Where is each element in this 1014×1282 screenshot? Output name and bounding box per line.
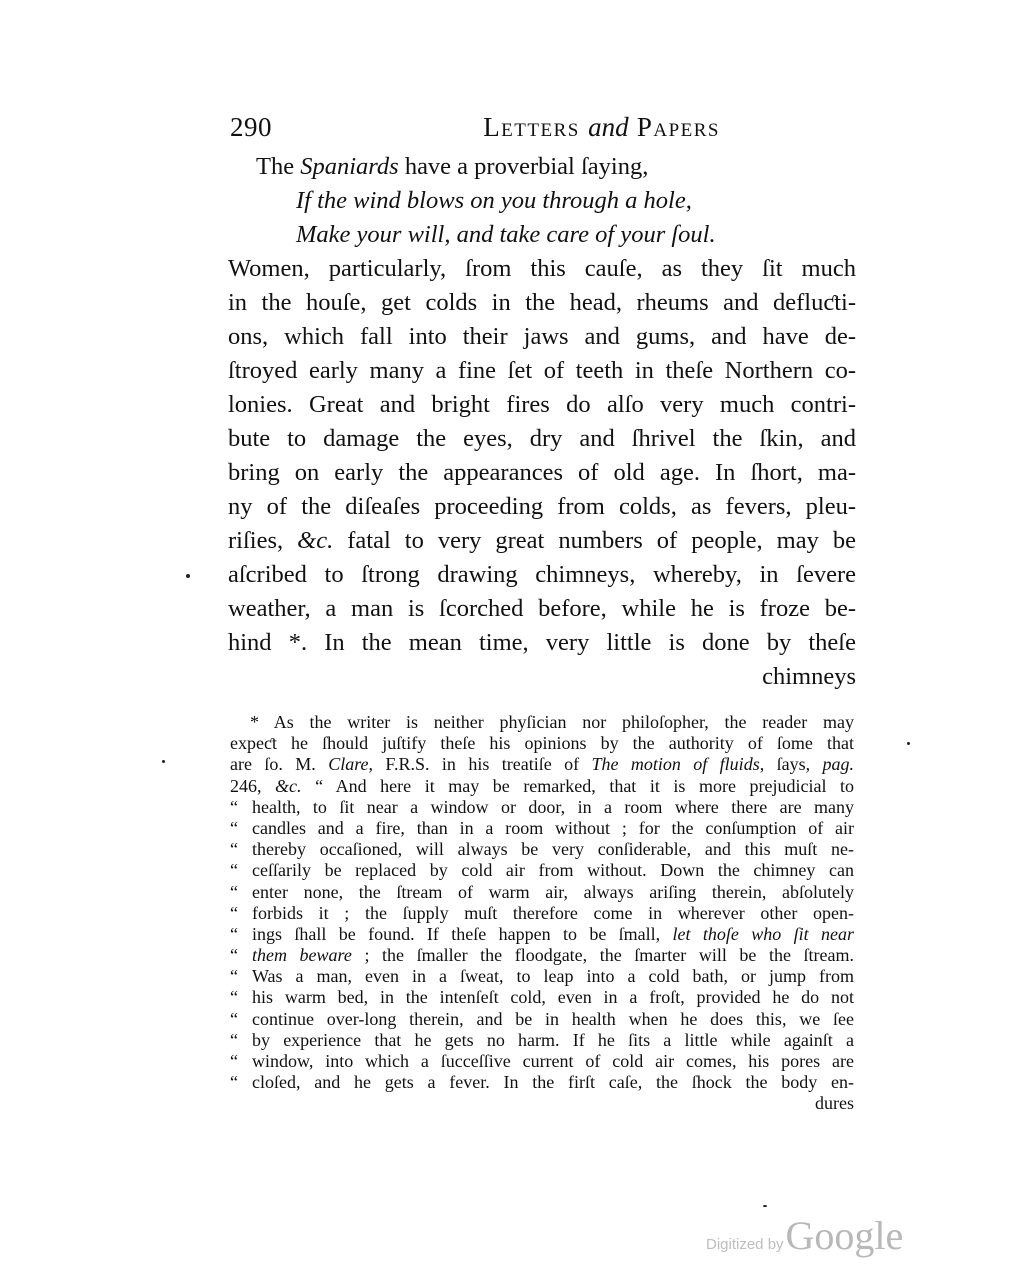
body-line: weather, a man is ſcorched before, while… <box>228 592 856 626</box>
text-run: , F.R.S. in his treatiſe of <box>369 754 592 774</box>
body-line: ſtroyed early many a fine ſet of teeth i… <box>228 354 856 388</box>
emphasis: Spaniards <box>300 153 398 180</box>
footnote-text: 246, &c. “ And here it may be remarked, … <box>230 776 854 796</box>
emphasis: pag. <box>823 754 855 774</box>
footnote-text: Was a man, even in a ſweat, to leap into… <box>252 966 854 987</box>
footnote-line: “cloſed, and he gets a fever. In the fir… <box>230 1072 854 1093</box>
scan-speck <box>186 574 190 578</box>
text-run: window, into which a ſucceſſive current … <box>252 1051 854 1071</box>
quote-mark: “ <box>230 1009 252 1030</box>
digitized-watermark: Digitized byGoogle <box>706 1212 916 1262</box>
footnote-line: “enter none, the ſtream of warm air, alw… <box>230 882 854 903</box>
body-line: in the houſe, get colds in the head, rhe… <box>228 286 856 320</box>
text-run: 246, <box>230 776 275 796</box>
text-run: Was a man, even in a ſweat, to leap into… <box>252 966 854 986</box>
footnote: * As the writer is neither phyſician nor… <box>230 712 854 1115</box>
text-run: expeƈt he ſhould juſtify theſe his opini… <box>230 733 854 753</box>
quote-mark: “ <box>230 924 252 945</box>
running-title-part2: and <box>588 112 629 142</box>
quote-mark: “ <box>230 903 252 924</box>
text-run: ings ſhall be found. If theſe happen to … <box>252 924 673 944</box>
google-logo: Google <box>786 1213 904 1258</box>
text-run: dures <box>815 1093 854 1113</box>
catchword: chimneys <box>228 660 856 694</box>
footnote-text: ings ſhall be found. If theſe happen to … <box>252 924 854 945</box>
emphasis: &c. <box>275 776 302 796</box>
footnote-line: * As the writer is neither phyſician nor… <box>230 712 854 733</box>
running-title-part3: Papers <box>637 112 720 142</box>
emphasis: Clare <box>328 754 368 774</box>
footnote-line: “ceſſarily be replaced by cold air from … <box>230 860 854 881</box>
footnote-text: cloſed, and he gets a fever. In the firſ… <box>252 1072 854 1093</box>
text-run: by experience that he gets no harm. If h… <box>252 1030 854 1050</box>
footnote-line: “them beware ; the ſmaller the floodgate… <box>230 945 854 966</box>
footnote-line: expeƈt he ſhould juſtify theſe his opini… <box>230 733 854 754</box>
footnote-text: * As the writer is neither phyſician nor… <box>250 712 854 732</box>
body-line: lonies. Great and bright fires do alſo v… <box>228 388 856 422</box>
emphasis: The motion of fluids <box>591 754 759 774</box>
footnote-text: them beware ; the ſmaller the floodgate,… <box>252 945 854 966</box>
footnote-text: thereby occaſioned, will always be very … <box>252 839 854 860</box>
quote-mark: “ <box>230 818 252 839</box>
scan-speck <box>763 1205 767 1207</box>
running-head: 290 Letters and Papers <box>230 112 720 146</box>
text-run: thereby occaſioned, will always be very … <box>252 839 854 859</box>
emphasis: them beware <box>252 945 352 965</box>
quote-mark: “ <box>230 860 252 881</box>
page-number: 290 <box>230 112 272 143</box>
body-line: riſies, &c. fatal to very great numbers … <box>228 524 856 558</box>
footnote-line: are ſo. M. Clare, F.R.S. in his treatiſe… <box>230 754 854 775</box>
footnote-text: window, into which a ſucceſſive current … <box>252 1051 854 1072</box>
quote-mark: “ <box>230 1072 252 1093</box>
text-run: “ And here it may be remarked, that it i… <box>302 776 854 796</box>
footnote-text: enter none, the ſtream of warm air, alwa… <box>252 882 854 903</box>
footnote-line: “health, to ſit near a window or door, i… <box>230 797 854 818</box>
body-text: The Spaniards have a proverbial ſaying, … <box>228 150 856 694</box>
footnote-text: health, to ſit near a window or door, in… <box>252 797 854 818</box>
text-run: , ſays, <box>760 754 823 774</box>
body-line: hind *. In the mean time, very little is… <box>228 626 856 660</box>
text-run: health, to ſit near a window or door, in… <box>252 797 854 817</box>
footnote-text: candles and a fire, than in a room witho… <box>252 818 854 839</box>
body-line: ons, which fall into their jaws and gums… <box>228 320 856 354</box>
text-run: candles and a fire, than in a room witho… <box>252 818 854 838</box>
text-run: ceſſarily be replaced by cold air from w… <box>252 860 854 880</box>
footnote-text: by experience that he gets no harm. If h… <box>252 1030 854 1051</box>
quote-mark: “ <box>230 1051 252 1072</box>
footnote-line: “by experience that he gets no harm. If … <box>230 1030 854 1051</box>
body-line: bute to damage the eyes, dry and ſhrivel… <box>228 422 856 456</box>
quote-mark: “ <box>230 966 252 987</box>
body-line: ny of the diſeaſes proceeding from colds… <box>228 490 856 524</box>
text-run: enter none, the ſtream of warm air, alwa… <box>252 882 854 902</box>
book-page: 290 Letters and Papers The Spaniards hav… <box>0 0 1014 1282</box>
text-run: his warm bed, in the intenſeſt cold, eve… <box>252 987 854 1007</box>
footnote-line: “window, into which a ſucceſſive current… <box>230 1051 854 1072</box>
proverb-line: If the wind blows on you through a hole, <box>228 184 856 218</box>
body-line: aſcribed to ſtrong drawing chimneys, whe… <box>228 558 856 592</box>
footnote-text: ceſſarily be replaced by cold air from w… <box>252 860 854 881</box>
footnote-line: “forbids it ; the ſupply muſt therefore … <box>230 903 854 924</box>
footnote-line: “continue over-long therein, and be in h… <box>230 1009 854 1030</box>
quote-mark: “ <box>230 882 252 903</box>
text-run: cloſed, and he gets a fever. In the firſ… <box>252 1072 854 1092</box>
footnote-line: “Was a man, even in a ſweat, to leap int… <box>230 966 854 987</box>
body-line: Women, particularly, ſrom this cauſe, as… <box>228 252 856 286</box>
footnote-line: “ings ſhall be found. If theſe happen to… <box>230 924 854 945</box>
running-title: Letters and Papers <box>483 112 720 143</box>
footnote-line: “thereby occaſioned, will always be very… <box>230 839 854 860</box>
scan-speck <box>162 760 165 763</box>
footnote-line: dures <box>230 1093 854 1114</box>
quote-mark: “ <box>230 1030 252 1051</box>
footnote-text: dures <box>815 1093 854 1113</box>
footnote-text: forbids it ; the ſupply muſt therefore c… <box>252 903 854 924</box>
footnote-text: continue over-long therein, and be in he… <box>252 1009 854 1030</box>
text-run: ; the ſmaller the floodgate, the ſmarter… <box>352 945 854 965</box>
body-line: The Spaniards have a proverbial ſaying, <box>228 150 856 184</box>
quote-mark: “ <box>230 987 252 1008</box>
quote-mark: “ <box>230 945 252 966</box>
quote-mark: “ <box>230 839 252 860</box>
scan-speck <box>907 742 910 745</box>
footnote-text: are ſo. M. Clare, F.R.S. in his treatiſe… <box>230 754 854 774</box>
watermark-prefix: Digitized by <box>706 1236 784 1253</box>
emphasis: let thoſe who ſit near <box>673 924 854 944</box>
text-run: continue over-long therein, and be in he… <box>252 1009 854 1029</box>
footnote-line: “candles and a fire, than in a room with… <box>230 818 854 839</box>
footnote-line: “his warm bed, in the intenſeſt cold, ev… <box>230 987 854 1008</box>
quote-mark: “ <box>230 797 252 818</box>
footnote-line: 246, &c. “ And here it may be remarked, … <box>230 776 854 797</box>
running-title-part1: Letters <box>483 112 580 142</box>
proverb-line: Make your will, and take care of your ſo… <box>228 218 856 252</box>
text-run: are ſo. M. <box>230 754 328 774</box>
emphasis: &c. <box>297 527 333 554</box>
text-run: forbids it ; the ſupply muſt therefore c… <box>252 903 854 923</box>
body-line: bring on early the appearances of old ag… <box>228 456 856 490</box>
footnote-text: expeƈt he ſhould juſtify theſe his opini… <box>230 733 854 753</box>
text-run: * As the writer is neither phyſician nor… <box>250 712 854 732</box>
footnote-text: his warm bed, in the intenſeſt cold, eve… <box>252 987 854 1008</box>
